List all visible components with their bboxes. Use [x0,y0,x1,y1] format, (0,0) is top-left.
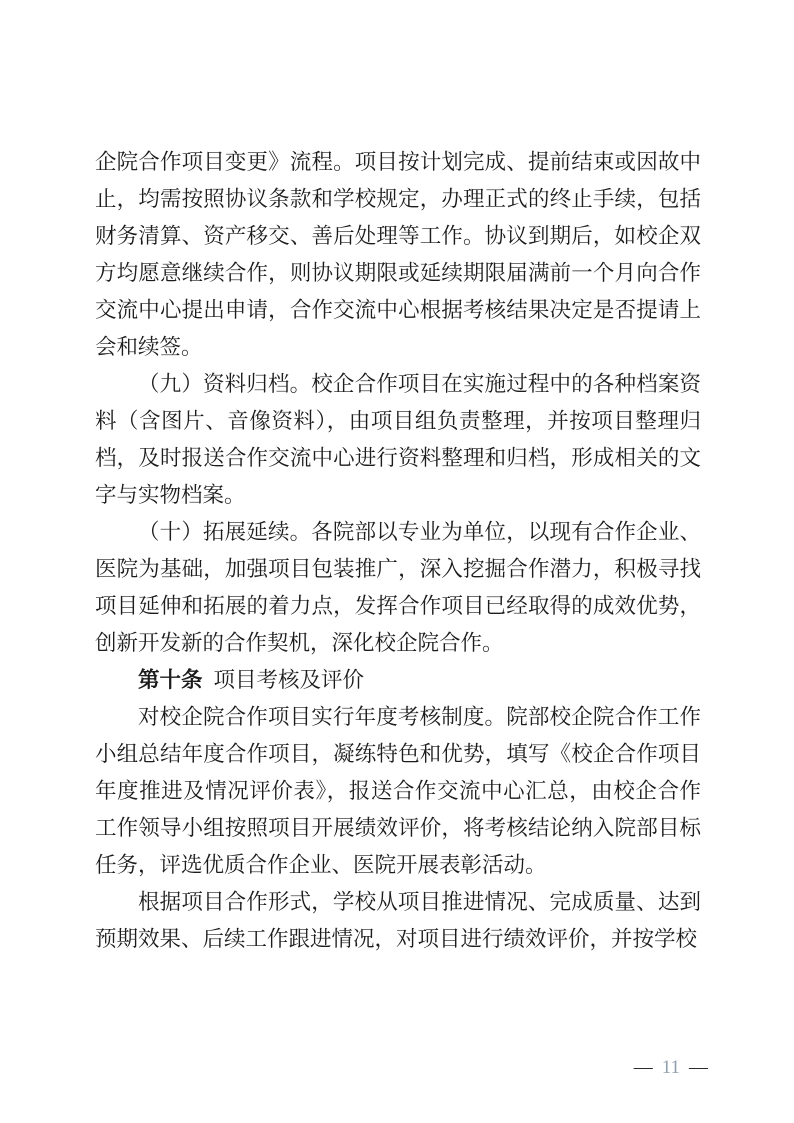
paragraph-text: （九）资料归档。校企合作项目在实施过程中的各种档案资料（含图片、音像资料），由项… [95,372,701,507]
paragraph-text: （十）拓展延续。各院部以专业为单位，以现有合作企业、医院为基础，加强项目包装推广… [95,520,701,655]
paragraph: （十）拓展延续。各院部以专业为单位，以现有合作企业、医院为基础，加强项目包装推广… [95,514,701,662]
document-page: 企院合作项目变更》流程。项目按计划完成、提前结束或因故中止，均需按照协议条款和学… [0,0,794,1123]
paragraph: 企院合作项目变更》流程。项目按计划完成、提前结束或因故中止，均需按照协议条款和学… [95,144,701,366]
page-number: 11 [653,1057,689,1078]
paragraph: 根据项目合作形式，学校从项目推进情况、完成质量、达到预期效果、后续工作跟进情况，… [95,884,701,958]
paragraph-text: 企院合作项目变更》流程。项目按计划完成、提前结束或因故中止，均需按照协议条款和学… [95,150,701,359]
paragraph: （九）资料归档。校企合作项目在实施过程中的各种档案资料（含图片、音像资料），由项… [95,366,701,514]
document-body: 企院合作项目变更》流程。项目按计划完成、提前结束或因故中止，均需按照协议条款和学… [95,144,701,958]
paragraph: 对校企院合作项目实行年度考核制度。院部校企院合作工作小组总结年度合作项目，凝练特… [95,699,701,884]
paragraph-text: 项目考核及评价 [214,668,365,692]
footer-dash-right: — [689,1057,708,1078]
footer-dash-left: — [634,1057,653,1078]
paragraph-text: 根据项目合作形式，学校从项目推进情况、完成质量、达到预期效果、后续工作跟进情况，… [95,890,701,951]
article-number: 第十条 [138,668,203,692]
page-footer: —11— [634,1055,708,1081]
paragraph: 第十条项目考核及评价 [95,662,701,699]
paragraph-text: 对校企院合作项目实行年度考核制度。院部校企院合作工作小组总结年度合作项目，凝练特… [95,705,701,877]
